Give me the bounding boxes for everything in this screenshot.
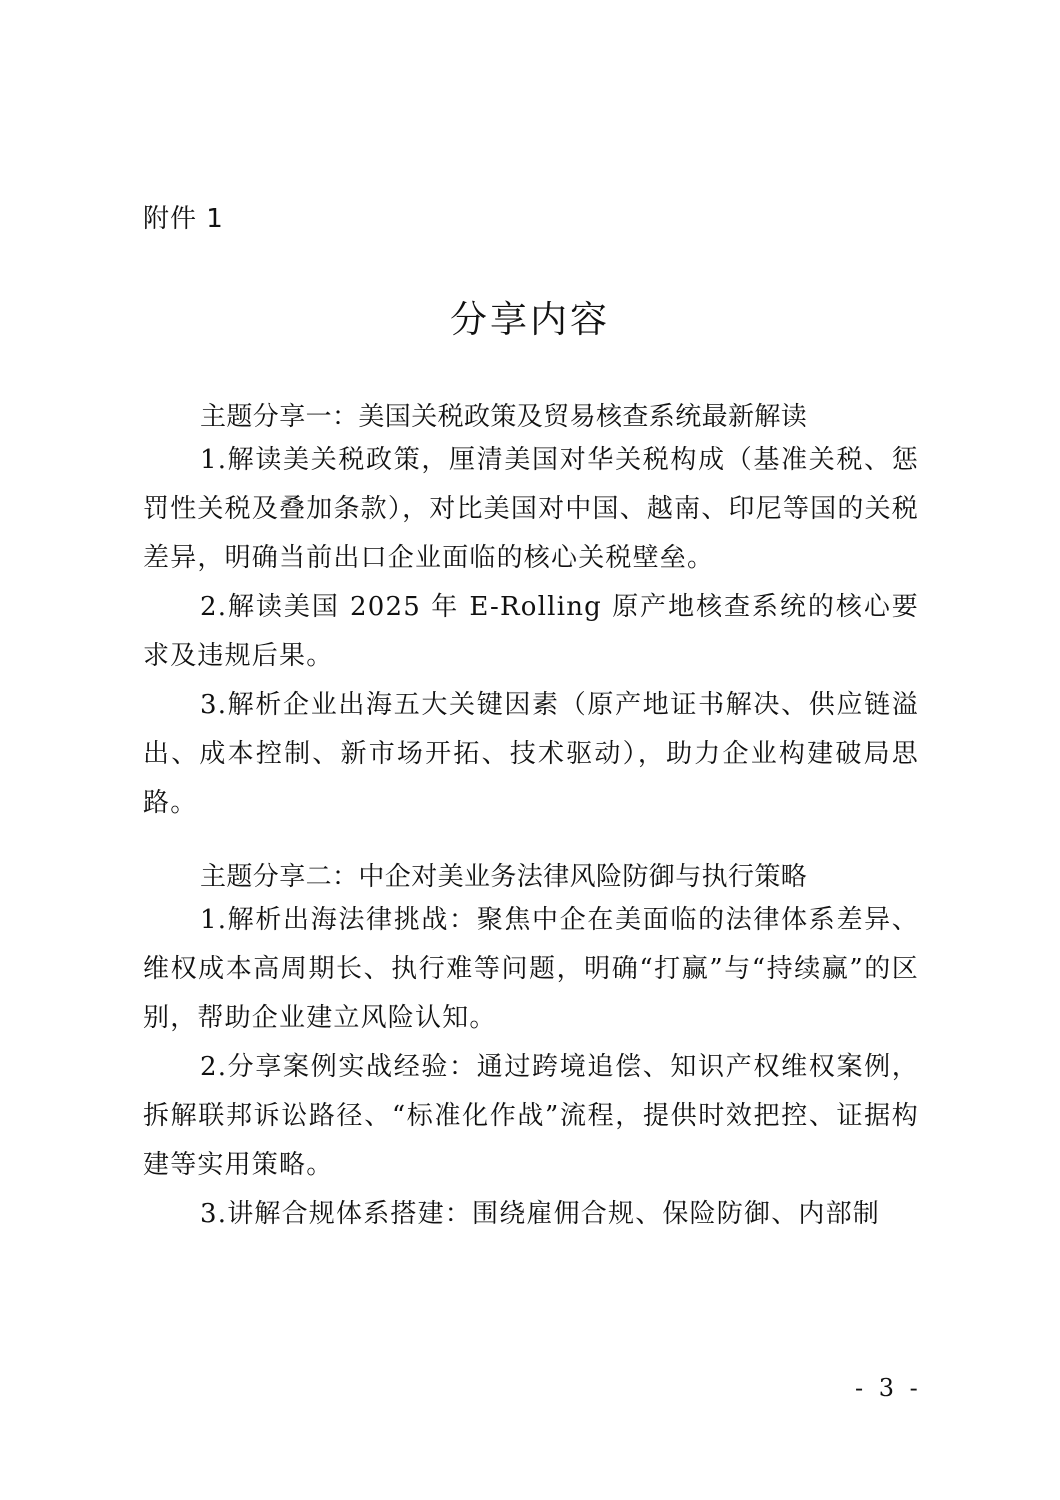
document-page: 附件 1 分享内容 主题分享一：美国关税政策及贸易核查系统最新解读 1.解读美关… [0,0,1060,1500]
section-heading: 主题分享二：中企对美业务法律风险防御与执行策略 [143,858,919,896]
section-item: 3.讲解合规体系搭建：围绕雇佣合规、保险防御、内部制 [143,1190,919,1239]
section-item: 2.分享案例实战经验：通过跨境追偿、知识产权维权案例，拆解联邦诉讼路径、“标准化… [143,1043,919,1190]
section-item: 1.解读美关税政策，厘清美国对华关税构成（基准关税、惩罚性关税及叠加条款），对比… [143,436,919,583]
page-number: - 3 - [855,1370,922,1406]
section-item: 2.解读美国 2025 年 E-Rolling 原产地核查系统的核心要求及违规后… [143,583,919,681]
section-heading: 主题分享一：美国关税政策及贸易核查系统最新解读 [143,398,919,436]
attachment-label: 附件 1 [143,201,224,237]
section-two: 主题分享二：中企对美业务法律风险防御与执行策略 1.解析出海法律挑战：聚焦中企在… [143,858,919,1239]
section-item: 3.解析企业出海五大关键因素（原产地证书解决、供应链溢出、成本控制、新市场开拓、… [143,681,919,828]
page-title: 分享内容 [0,296,1060,344]
document-body: 主题分享一：美国关税政策及贸易核查系统最新解读 1.解读美关税政策，厘清美国对华… [143,398,919,1239]
section-item: 1.解析出海法律挑战：聚焦中企在美面临的法律体系差异、维权成本高周期长、执行难等… [143,896,919,1043]
section-one: 主题分享一：美国关税政策及贸易核查系统最新解读 1.解读美关税政策，厘清美国对华… [143,398,919,828]
